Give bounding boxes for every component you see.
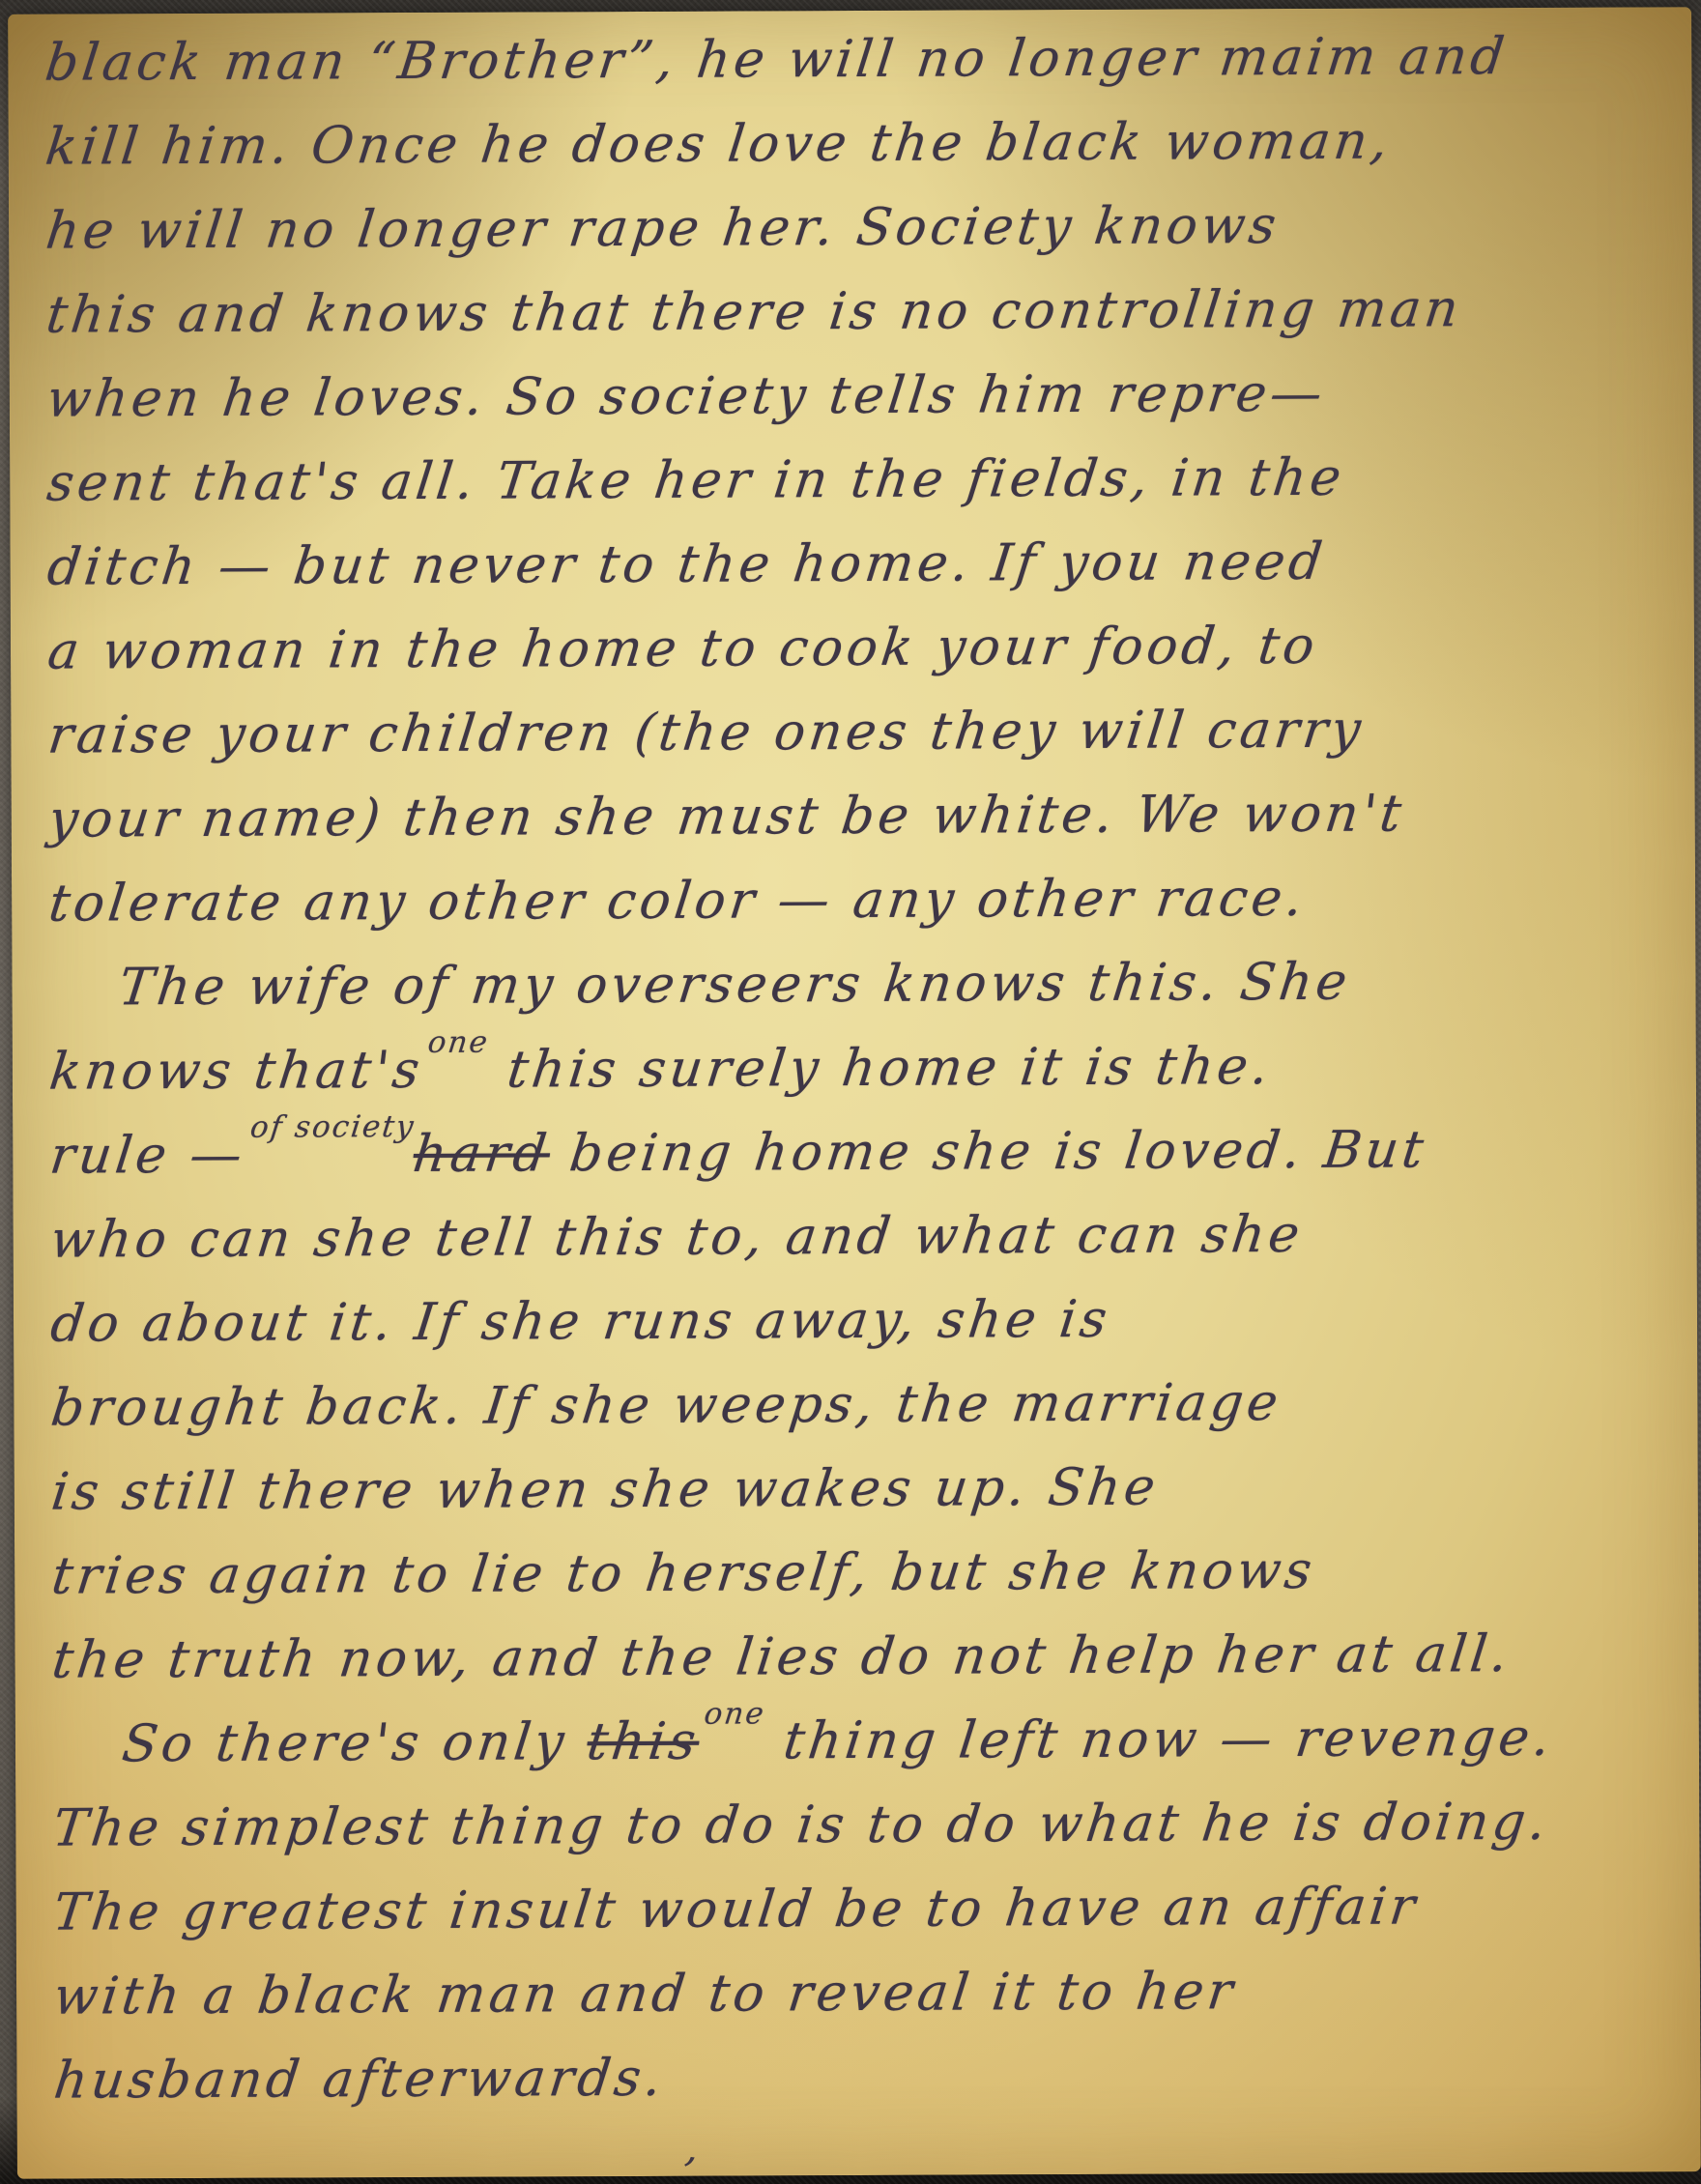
photo-backdrop: black man “Brother”, he will no longer m… [0,0,1701,2184]
handwriting-line: tries again to lie to herself, but she k… [45,1539,1679,1630]
inserted-word-above-line: one [703,1696,767,1731]
handwriting-line: the truth now, and the lies do not help … [46,1624,1680,1714]
text-segment: raise your children (the ones they will … [45,701,1368,765]
handwriting-line: The simplest thing to do is to do what h… [47,1792,1681,1882]
text-segment: this surely home it is the. [484,1037,1276,1100]
handwriting-line: sent that's all. Take her in the fields,… [41,446,1674,537]
handwriting-line: your name) then she must be white. We wo… [43,783,1676,874]
text-segment: The greatest insult would be to have an … [50,1877,1422,1941]
handwriting-line: raise your children (the ones they will … [43,699,1676,790]
handwriting-line: brought back. If she weeps, the marriage [45,1371,1679,1462]
handwriting-line: who can she tell this to, and what can s… [44,1203,1678,1294]
text-segment: rule — [47,1126,249,1186]
text-segment: he will no longer rape her. Society know… [43,196,1283,261]
text-segment: being home she is loved. But [546,1120,1429,1183]
text-segment: So there's only [119,1712,591,1773]
handwriting-line: is still there when she wakes up. She [45,1455,1679,1546]
handwriting-line: ditch — but never to the home. If you ne… [42,531,1675,621]
handwriting-line: when he loves. So society tells him repr… [41,362,1674,453]
handwriting-line: he will no longer rape her. Society know… [40,194,1673,285]
text-segment: do about it. If she runs away, she is [47,1290,1113,1354]
text-segment: a woman in the home to cook your food, t… [44,617,1321,681]
handwriting-line: this and knows that there is no controll… [41,278,1674,369]
handwriting-line: kill him. Once he does love the black wo… [40,110,1673,201]
paper-page: black man “Brother”, he will no longer m… [8,7,1701,2179]
text-segment: who can she tell this to, and what can s… [47,1205,1307,1270]
text-segment: is still there when she wakes up. She [48,1458,1162,1522]
text-segment: tolerate any other color — any other rac… [45,869,1309,934]
text-segment: your name) then she must be white. We wo… [45,784,1408,848]
text-segment: thing left now — revenge. [761,1709,1557,1771]
text-segment: kill him. Once he does love the black wo… [43,112,1395,177]
handwriting-line: rule —of societyhard being home she is l… [44,1119,1678,1210]
handwriting-line: tolerate any other color — any other rac… [43,867,1676,958]
inserted-word-above-line: of society [248,1109,417,1145]
text-segment: when he loves. So society tells him repr… [43,364,1329,429]
text-segment: this and knows that there is no controll… [43,279,1465,344]
text-segment: brought back. If she weeps, the marriage [48,1373,1285,1438]
text-segment: with a black man and to reveal it to her [50,1962,1239,2026]
handwriting-line: a woman in the home to cook your food, t… [42,615,1675,705]
handwriting-line: do about it. If she runs away, she is [44,1287,1678,1378]
handwriting-line: husband afterwards. [48,2044,1682,2135]
handwriting-line: black man “Brother”, he will no longer m… [40,26,1673,117]
text-segment: husband afterwards. [51,2049,669,2111]
handwriting-line: The greatest insult would be to have an … [47,1876,1681,1967]
text-segment: black man “Brother”, he will no longer m… [43,27,1512,93]
struck-out-word: hard [410,1124,553,1184]
handwriting-lines: black man “Brother”, he will no longer m… [39,26,1671,2135]
text-segment: The simplest thing to do is to do what h… [50,1793,1553,1858]
text-segment: the truth now, and the lies do not help … [49,1624,1514,1690]
text-segment: sent that's all. Take her in the fields,… [44,448,1348,513]
text-segment: The wife of my overseers knows this. She [116,953,1354,1018]
handwriting-line: The wife of my overseers knows this. She [43,951,1677,1042]
handwriting-line: So there's only thisone thing left now —… [46,1708,1680,1798]
text-segment: tries again to lie to herself, but she k… [48,1541,1318,1606]
handwriting-line: with a black man and to reveal it to her [47,1960,1681,2051]
text-segment: knows that's [46,1041,426,1102]
struck-out-word: this [584,1712,703,1772]
inserted-word-above-line: one [426,1025,491,1060]
text-segment: ditch — but never to the home. If you ne… [44,532,1329,597]
